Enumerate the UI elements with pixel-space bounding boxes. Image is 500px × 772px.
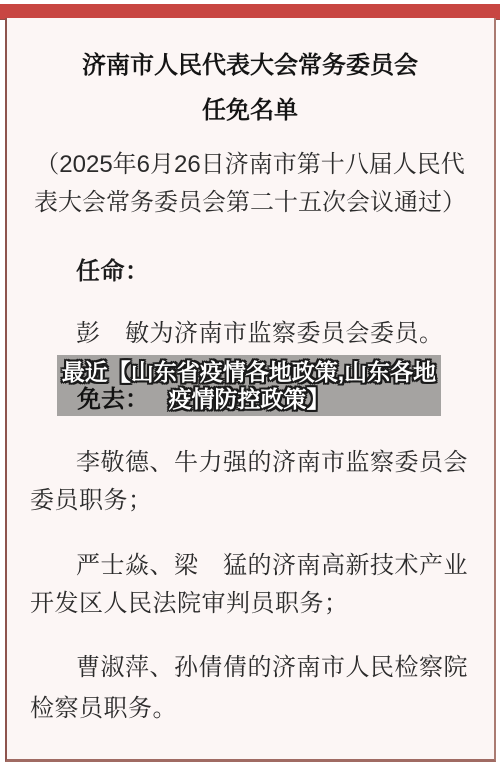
dismiss-item-2-line2: 开发区人民法院审判员职务； xyxy=(30,589,349,619)
appoint-item: 彭 敏为济南市监察委员会委员。 xyxy=(76,319,444,349)
watermark-overlay: 最近【山东省疫情各地政策,山东各地 疫情防控政策】 免去： xyxy=(57,355,441,416)
dismiss-item-2-line1: 严士焱、梁 猛的济南高新技术产业 xyxy=(76,551,468,581)
dismiss-section-header: 免去： xyxy=(77,386,149,413)
page: 济南市人民代表大会常务委员会 任免名单 （2025年6月26日济南市第十八届人民… xyxy=(0,0,500,772)
dismiss-item-3-line1: 曹淑萍、孙倩倩的济南市人民检察院 xyxy=(76,653,468,683)
dismiss-item-3-line2: 检察员职务。 xyxy=(30,694,177,724)
appoint-section-header: 任命： xyxy=(76,257,150,287)
meeting-info-line1: （2025年6月26日济南市第十八届人民代 xyxy=(0,150,500,180)
dismiss-item-1-line2: 委员职务； xyxy=(30,486,153,516)
doc-title-line2: 任免名单 xyxy=(0,96,500,126)
dismiss-item-1-line1: 李敬德、牛力强的济南市监察委员会 xyxy=(76,448,468,478)
watermark-line1: 最近【山东省疫情各地政策,山东各地 xyxy=(57,359,441,386)
doc-title-line1: 济南市人民代表大会常务委员会 xyxy=(0,51,500,81)
meeting-info-line2: 表大会常务委员会第二十五次会议通过） xyxy=(0,188,500,218)
